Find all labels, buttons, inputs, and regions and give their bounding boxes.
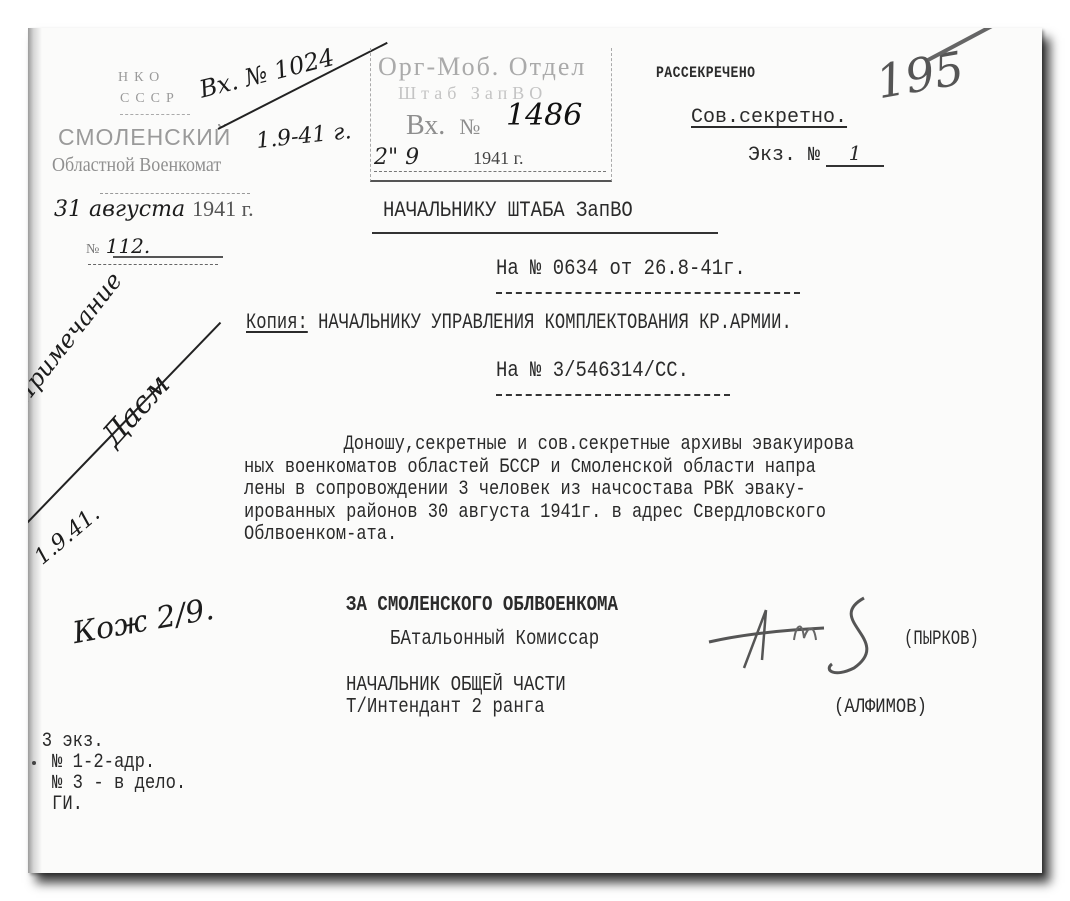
declassified-mark: РАССЕКРЕЧЕНО <box>656 64 755 82</box>
ink-speck <box>32 761 36 765</box>
copy-to-label: Копия: <box>246 310 308 335</box>
registration-stamp-in: Вх.№ <box>406 110 480 142</box>
margin-note-4: Кож 2/9. <box>70 592 217 651</box>
addressee-underline <box>372 232 718 234</box>
copy-number-value: 1 <box>826 141 884 167</box>
distribution-line: № 3 - в дело. <box>40 773 186 794</box>
stamp-org-line1: НКО <box>118 70 165 86</box>
copy-number: Экз. №1 <box>748 141 884 167</box>
reference-2: На № 3/546314/СС. <box>496 358 689 383</box>
registration-stamp-line1: Орг-Моб. Отдел <box>378 52 586 82</box>
copy-number-label: Экз. № <box>748 144 820 167</box>
stamp-number-value: 112. <box>106 234 151 258</box>
stamp-divider <box>120 114 190 115</box>
stamp-city: СМОЛЕНСКИЙ <box>58 124 231 151</box>
stamp-number: № 112. <box>86 234 150 258</box>
stamp-date-year: 1941 г. <box>192 196 254 221</box>
body-line: ированных районов 30 августа 1941г. в ад… <box>244 502 925 525</box>
archive-page-number-handwritten: 195 <box>872 41 968 109</box>
distribution-line: № 1-2-адр. <box>40 752 186 773</box>
signature-org: ЗА СМОЛЕНСКОГО ОБЛВОЕНКОМА <box>346 594 618 617</box>
copy-to-recipient: НАЧАЛЬНИКУ УПРАВЛЕНИЯ КОМПЛЕКТОВАНИЯ КР.… <box>318 310 792 335</box>
body-line: Облвоенком-ата. <box>244 524 925 547</box>
stamp-office: Областной Военкомат <box>52 154 221 177</box>
incoming-ref-handwritten: Вх. № 1024 <box>197 43 338 104</box>
stamp-underline <box>113 256 223 258</box>
distribution-note: 3 экз. № 1-2-адр. № 3 - в дело. ГИ. <box>40 731 210 815</box>
stamp-date-handwritten: 31 августа <box>54 197 185 222</box>
stamp-number-label: № <box>86 242 99 257</box>
registration-number-handwritten: 1486 <box>506 98 582 133</box>
registration-date: 2" 9 1941 г. <box>374 145 523 170</box>
signature-title-2: НАЧАЛЬНИК ОБЩЕЙ ЧАСТИ <box>346 674 566 697</box>
signature-rank-2: Т/Интендант 2 ранга <box>346 696 545 719</box>
body-line: Доношу,секретные и сов.секретные архивы … <box>244 434 925 457</box>
margin-note-2: Дасм <box>95 367 177 453</box>
registration-date-rule <box>374 171 606 172</box>
copy-to-line: Копия: НАЧАЛЬНИКУ УПРАВЛЕНИЯ КОМПЛЕКТОВА… <box>246 310 792 335</box>
addressee: НАЧАЛЬНИКУ ШТАБА ЗапВО <box>383 198 633 223</box>
body-line: ных военкоматов областей БССР и Смоленск… <box>244 457 925 480</box>
stamp-underline <box>88 264 218 265</box>
registration-in-label: Вх. <box>406 110 445 141</box>
scanned-document-page: НКО СССР СМОЛЕНСКИЙ Областной Военкомат … <box>28 28 1042 873</box>
secrecy-level: Сов.секретно. <box>691 106 847 129</box>
registration-number-label: № <box>459 114 480 139</box>
signature-name-1: (ПЫРКОВ) <box>904 628 979 651</box>
reference-2-underline <box>496 394 730 396</box>
letter-body: Доношу,секретные и сов.секретные архивы … <box>244 434 1042 547</box>
margin-note-1: Примечание <box>28 267 128 411</box>
registration-date-day-month: 2" 9 <box>374 145 419 170</box>
distribution-line: ГИ. <box>40 794 186 815</box>
stamp-date: 31 августа 1941 г. <box>54 196 254 222</box>
signature-rank-1: БАтальонный Комиссар <box>390 628 599 651</box>
stamp-org-line2: СССР <box>120 91 180 107</box>
signature-name-2: (АЛФИМОВ) <box>834 696 927 719</box>
incoming-date-handwritten: 1.9-41 г. <box>255 119 353 154</box>
distribution-line: 3 экз. <box>40 731 186 752</box>
reference-1-underline <box>496 292 800 294</box>
reference-1: На № 0634 от 26.8-41г. <box>496 256 746 281</box>
registration-date-year: 1941 г. <box>473 148 523 168</box>
handwritten-signature-icon <box>704 590 904 680</box>
stamp-divider <box>100 193 250 194</box>
body-line: лены в сопровождении 3 человек из начсос… <box>244 479 925 502</box>
